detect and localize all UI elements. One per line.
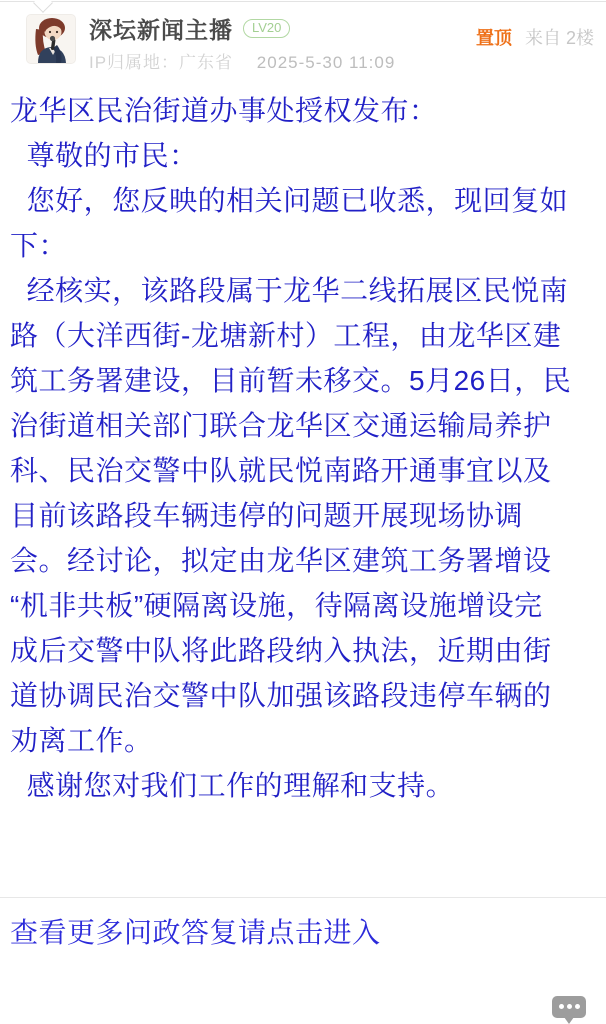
chat-bubble-icon — [552, 1004, 586, 1009]
top-divider — [0, 1, 606, 2]
user-avatar[interactable] — [26, 14, 76, 64]
news-anchor-avatar-icon — [27, 15, 75, 63]
post-meta: IP归属地：广东省 2025-5-30 11:09 — [89, 48, 594, 73]
chat-bubble-button[interactable] — [552, 996, 586, 1018]
post-timestamp: 2025-5-30 11:09 — [257, 53, 396, 72]
ip-location-label: IP归属地：广东省 — [89, 53, 233, 72]
chat-bubble-tail — [564, 1017, 574, 1024]
reply-notch — [33, 0, 53, 13]
pinned-badge: 置顶 — [476, 28, 512, 48]
post-body: 龙华区民治街道办事处授权发布： 尊敬的市民： 您好，您反映的相关问题已收悉，现回… — [10, 88, 596, 808]
username[interactable]: 深坛新闻主播 — [89, 12, 233, 45]
post-footer: 查看更多问政答复请点击进入 — [0, 897, 606, 951]
level-badge: LV20 — [243, 19, 290, 38]
header-right: 置顶 来自 2楼 — [476, 24, 594, 50]
floor-label[interactable]: 来自 2楼 — [525, 28, 594, 48]
post-card: 深坛新闻主播 LV20 IP归属地：广东省 2025-5-30 11:09 置顶… — [0, 0, 606, 1024]
more-replies-link[interactable]: 查看更多问政答复请点击进入 — [10, 911, 381, 951]
